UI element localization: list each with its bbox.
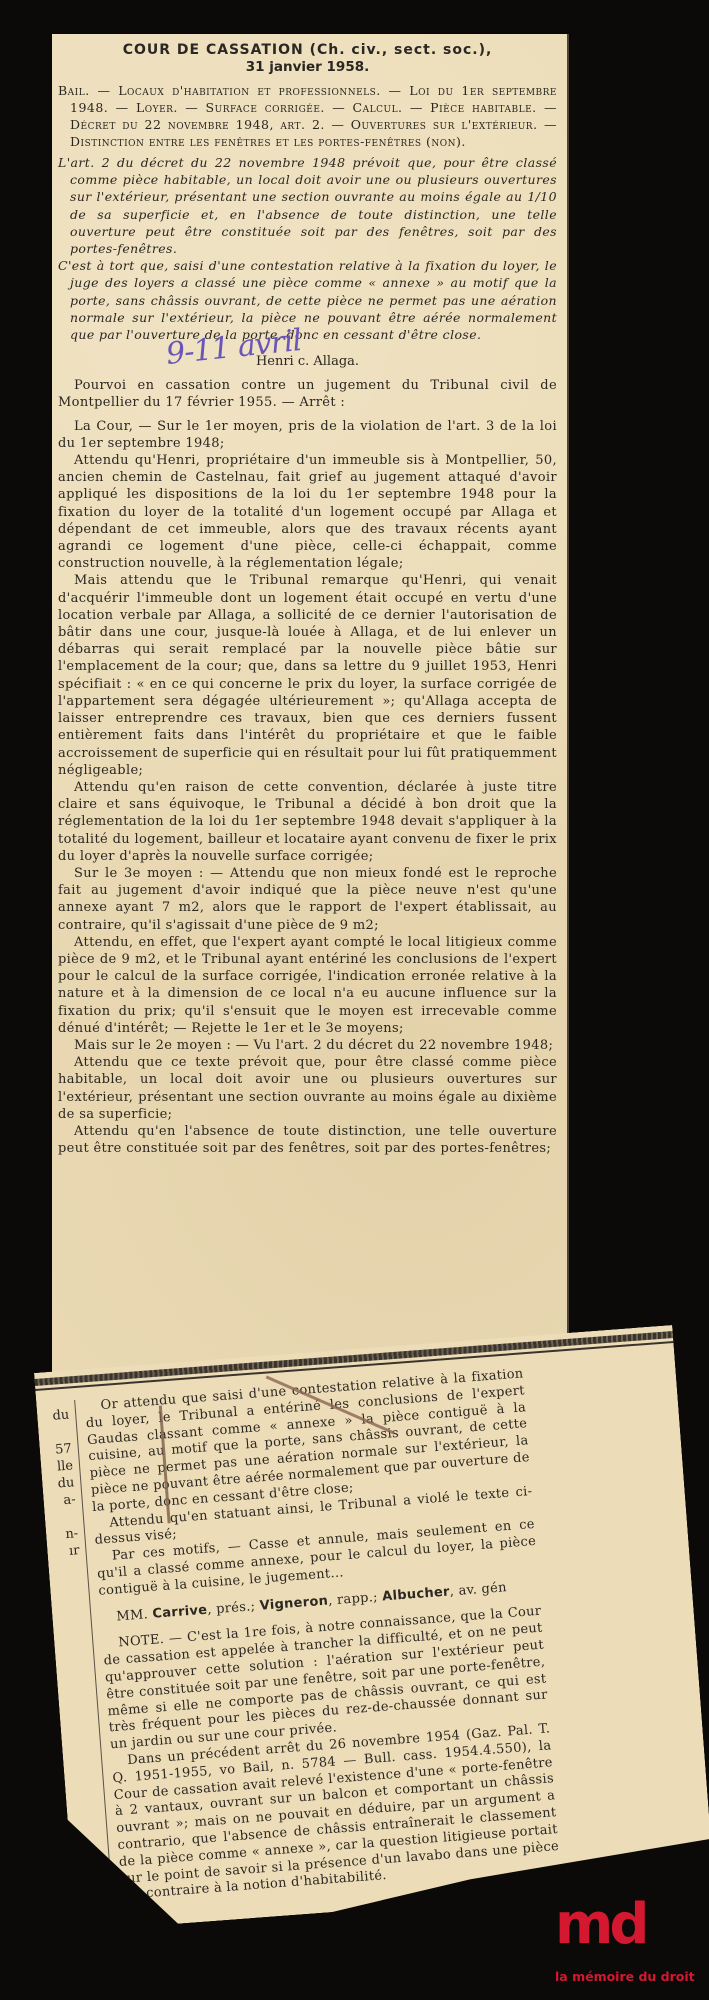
court-header-title: COUR DE CASSATION (Ch. civ., sect. soc.)… (58, 42, 557, 59)
body-paragraph: Mais sur le 2e moyen : — Vu l'art. 2 du … (58, 1037, 557, 1054)
decision-date: 31 janvier 1958. (58, 59, 557, 76)
avocat-general-role: , av. gén (449, 1580, 507, 1599)
abstract-paragraph: C'est à tort que, saisi d'une contestati… (58, 257, 557, 343)
logo-tagline: la mémoire du droit (555, 1969, 695, 1984)
president-name: Carrive (152, 1602, 208, 1621)
body-paragraph: Attendu qu'Henri, propriétaire d'un imme… (58, 452, 557, 572)
avocat-general-name: Albucher (382, 1584, 451, 1604)
judgment-body: Pourvoi en cassation contre un jugement … (58, 377, 557, 1157)
mdd-logo-icon: md (555, 1895, 645, 1955)
body-paragraph: La Cour, — Sur le 1er moyen, pris de la … (58, 418, 557, 452)
rapporteur-name: Vigneron (259, 1593, 329, 1613)
body-paragraph: Sur le 3e moyen : — Attendu que non mieu… (58, 865, 557, 934)
case-parties: 9-11 avril Henri c. Allaga. (58, 351, 557, 373)
rapporteur-role: , rapp.; (328, 1589, 383, 1608)
body-paragraph: Pourvoi en cassation contre un jugement … (58, 377, 557, 411)
keyword-summary: Bail. — Locaux d'habitation et professio… (58, 82, 557, 150)
body-paragraph: Attendu qu'en l'absence de toute distinc… (58, 1123, 557, 1157)
judges-prefix: MM. (116, 1607, 149, 1624)
mdd-watermark-logo: md la mémoire du droit (555, 1895, 705, 1995)
body-paragraph: Mais attendu que le Tribunal remarque qu… (58, 572, 557, 778)
abstract-paragraph: L'art. 2 du décret du 22 novembre 1948 p… (58, 154, 557, 257)
judgment-continuation: Or attendu que saisi d'une contestation … (84, 1366, 561, 1905)
newspaper-clipping-bottom: du 57 lle du a- n- ır Or attendu que sai… (34, 1325, 709, 1931)
body-paragraph: Attendu qu'en raison de cette convention… (58, 779, 557, 865)
note-paragraph: Dans un précédent arrêt du 26 novembre 1… (111, 1721, 561, 1905)
body-paragraph: Attendu que ce texte prévoit que, pour ê… (58, 1054, 557, 1123)
body-paragraph: Attendu, en effet, que l'expert ayant co… (58, 934, 557, 1037)
newspaper-clipping-top: COUR DE CASSATION (Ch. civ., sect. soc.)… (52, 34, 567, 1379)
president-role: , prés.; (207, 1598, 260, 1617)
adjacent-column-fragments: du 57 lle du a- n- ır (39, 1406, 80, 1561)
margin-fragment: ır (49, 1542, 80, 1561)
headnote-abstract: L'art. 2 du décret du 22 novembre 1948 p… (58, 154, 557, 343)
